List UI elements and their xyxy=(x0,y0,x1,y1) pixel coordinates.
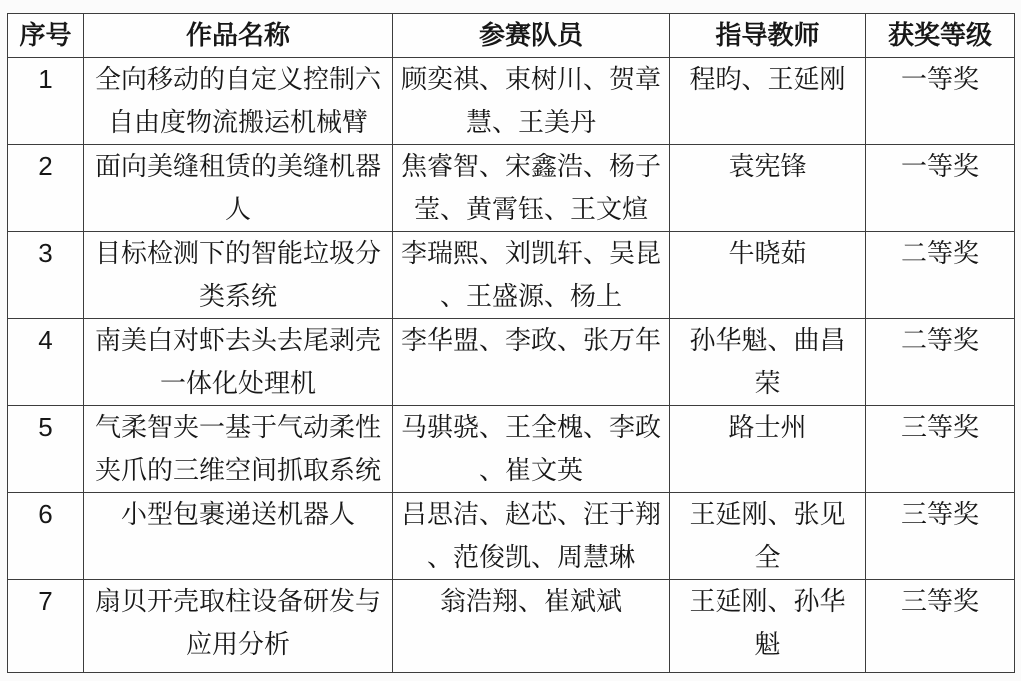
cell-project-name: 面向美缝租赁的美缝机器人 xyxy=(84,145,393,232)
cell-index: 5 xyxy=(8,406,84,493)
cell-award: 一等奖 xyxy=(866,145,1015,232)
cell-project-name: 扇贝开壳取柱设备研发与应用分析 xyxy=(84,580,393,673)
cell-award: 二等奖 xyxy=(866,232,1015,319)
cell-members: 翁浩翔、崔斌斌 xyxy=(393,580,670,673)
cell-award: 三等奖 xyxy=(866,580,1015,673)
header-project: 作品名称 xyxy=(84,14,393,58)
cell-index: 2 xyxy=(8,145,84,232)
cell-members: 顾奕祺、束树川、贺章慧、王美丹 xyxy=(393,58,670,145)
cell-teachers: 王延刚、张见全 xyxy=(670,493,866,580)
header-award: 获奖等级 xyxy=(866,14,1015,58)
header-index: 序号 xyxy=(8,14,84,58)
table-row: 3目标检测下的智能垃圾分类系统李瑞熙、刘凯轩、吴昆、王盛源、杨上牛晓茹二等奖 xyxy=(8,232,1015,319)
cell-teachers: 牛晓茹 xyxy=(670,232,866,319)
cell-project-name: 全向移动的自定义控制六自由度物流搬运机械臂 xyxy=(84,58,393,145)
cell-award: 三等奖 xyxy=(866,406,1015,493)
cell-award: 三等奖 xyxy=(866,493,1015,580)
cell-teachers: 孙华魁、曲昌荣 xyxy=(670,319,866,406)
table-row: 4南美白对虾去头去尾剥壳一体化处理机李华盟、李政、张万年孙华魁、曲昌荣二等奖 xyxy=(8,319,1015,406)
cell-project-name: 小型包裹递送机器人 xyxy=(84,493,393,580)
table-row: 5气柔智夹一基于气动柔性夹爪的三维空间抓取系统马骐骁、王全槐、李政、崔文英路士州… xyxy=(8,406,1015,493)
cell-teachers: 程昀、王延刚 xyxy=(670,58,866,145)
table-row: 2面向美缝租赁的美缝机器人焦睿智、宋鑫浩、杨子莹、黄霄钰、王文煊袁宪锋一等奖 xyxy=(8,145,1015,232)
cell-teachers: 王延刚、孙华魁 xyxy=(670,580,866,673)
cell-award: 二等奖 xyxy=(866,319,1015,406)
cell-project-name: 南美白对虾去头去尾剥壳一体化处理机 xyxy=(84,319,393,406)
header-members: 参赛队员 xyxy=(393,14,670,58)
cell-members: 吕思洁、赵芯、汪于翔、范俊凯、周慧琳 xyxy=(393,493,670,580)
table-row: 7扇贝开壳取柱设备研发与应用分析翁浩翔、崔斌斌王延刚、孙华魁三等奖 xyxy=(8,580,1015,673)
header-row: 序号 作品名称 参赛队员 指导教师 获奖等级 xyxy=(8,14,1015,58)
header-teachers: 指导教师 xyxy=(670,14,866,58)
cell-index: 4 xyxy=(8,319,84,406)
cell-teachers: 路士州 xyxy=(670,406,866,493)
document-page: 序号 作品名称 参赛队员 指导教师 获奖等级 1全向移动的自定义控制六自由度物流… xyxy=(0,0,1021,681)
table-body: 1全向移动的自定义控制六自由度物流搬运机械臂顾奕祺、束树川、贺章慧、王美丹程昀、… xyxy=(8,58,1015,673)
cell-index: 3 xyxy=(8,232,84,319)
cell-project-name: 目标检测下的智能垃圾分类系统 xyxy=(84,232,393,319)
cell-teachers: 袁宪锋 xyxy=(670,145,866,232)
table-row: 1全向移动的自定义控制六自由度物流搬运机械臂顾奕祺、束树川、贺章慧、王美丹程昀、… xyxy=(8,58,1015,145)
cell-members: 马骐骁、王全槐、李政、崔文英 xyxy=(393,406,670,493)
cell-members: 焦睿智、宋鑫浩、杨子莹、黄霄钰、王文煊 xyxy=(393,145,670,232)
table-row: 6小型包裹递送机器人吕思洁、赵芯、汪于翔、范俊凯、周慧琳王延刚、张见全三等奖 xyxy=(8,493,1015,580)
cell-index: 6 xyxy=(8,493,84,580)
cell-index: 7 xyxy=(8,580,84,673)
cell-project-name: 气柔智夹一基于气动柔性夹爪的三维空间抓取系统 xyxy=(84,406,393,493)
cell-index: 1 xyxy=(8,58,84,145)
awards-table: 序号 作品名称 参赛队员 指导教师 获奖等级 1全向移动的自定义控制六自由度物流… xyxy=(7,13,1015,673)
cell-members: 李华盟、李政、张万年 xyxy=(393,319,670,406)
cell-members: 李瑞熙、刘凯轩、吴昆、王盛源、杨上 xyxy=(393,232,670,319)
cell-award: 一等奖 xyxy=(866,58,1015,145)
